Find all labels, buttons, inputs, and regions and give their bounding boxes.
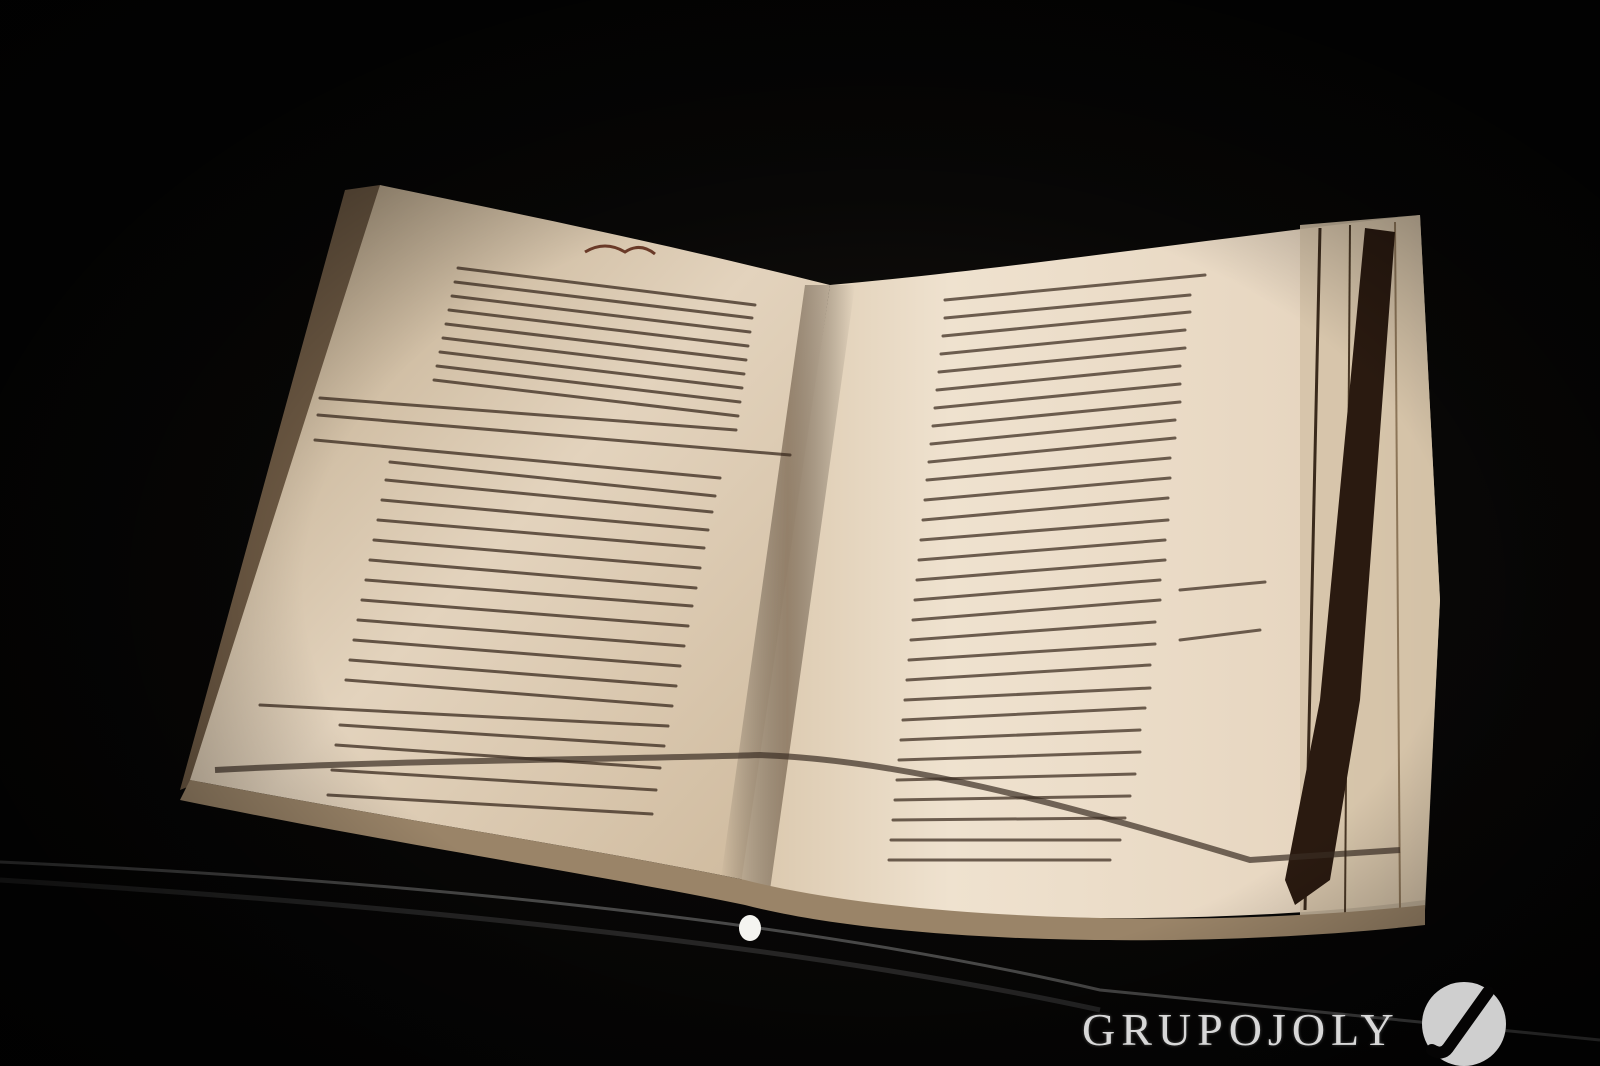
grupojoly-logo-icon xyxy=(1418,978,1510,1066)
manuscript-book xyxy=(0,0,1600,1066)
watermark: GRUPOJOLY xyxy=(1082,988,1510,1066)
watermark-text: GRUPOJOLY xyxy=(1082,1003,1400,1056)
